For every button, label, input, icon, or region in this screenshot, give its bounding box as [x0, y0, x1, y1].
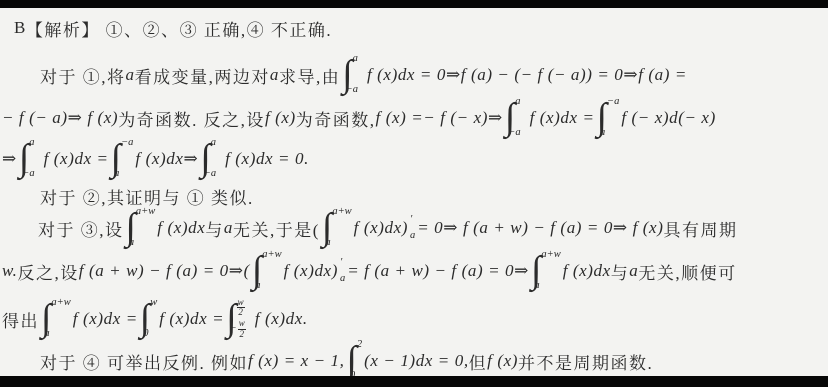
integral: ∫a−a [19, 138, 41, 180]
solution-text-block: B 【解析】 ①、②、③ 正确,④ 不正确.对于 ①,将 a 看成变量,两边对 … [0, 0, 828, 387]
integral-limits: a−a [352, 54, 364, 96]
integral: ∫−aa [597, 97, 619, 139]
text-run: 对于 ④ 可举出反例. 例如 [40, 349, 248, 374]
statement3-proof-line-2: w. 反之,设 f (a + w) − f (a) = 0⇒(∫a+waf (x… [2, 247, 737, 295]
math-run: f (x)dx) [284, 261, 338, 281]
math-run: w. [2, 261, 18, 281]
statement1-proof-line-1: 对于 ①,将 a 看成变量,两边对 a 求导,由∫a−af (x)dx = 0⇒… [40, 51, 687, 99]
integral-lower-limit: a [255, 281, 260, 292]
math-run: = 0⇒ f (a + w) − f (a) = 0⇒ f (x) [417, 218, 663, 238]
integral-lower-limit: −a [508, 128, 520, 139]
integral-limits: a+wa [50, 298, 69, 340]
text-run: 得出 [2, 307, 39, 332]
integral-lower-limit: a [600, 128, 605, 139]
text-run: 看成变量,两边对 [135, 63, 270, 88]
integral-upper-limit: a [29, 138, 34, 149]
subscript-variable: a [340, 274, 345, 285]
integral-upper-limit: a+w [51, 298, 70, 309]
integral: ∫w2−w2 [226, 298, 252, 340]
math-run: f (x)dx⇒ [135, 149, 198, 169]
bottom-scan-bar [0, 376, 828, 387]
math-run: f (x)dx [563, 261, 611, 281]
math-run: (x − 1)dx = 0, [364, 351, 469, 371]
math-run: f (x) =− f (− x)⇒ [376, 108, 503, 128]
text-run: 对于 ③,设 [38, 216, 124, 241]
integral-lower-limit: −a [22, 169, 34, 180]
prime-mark: ′ [410, 215, 415, 226]
document-page: B 【解析】 ①、②、③ 正确,④ 不正确.对于 ①,将 a 看成变量,两边对 … [0, 0, 828, 387]
integral-limits: a−a [28, 138, 40, 180]
text-run: 【解析】 ①、②、③ 正确,④ 不正确. [26, 16, 332, 41]
integral-upper-limit: a [515, 97, 520, 108]
math-run: a [629, 261, 638, 281]
math-run: f (x) [265, 108, 296, 128]
text-run: 无关,于是( [233, 216, 320, 241]
integral-upper-limit: a+w [262, 250, 281, 261]
integral-limits: a+wa [135, 207, 154, 249]
prime-and-subscript: ′a [340, 258, 345, 284]
text-run: 反之,设 [18, 259, 79, 284]
integral-upper-limit: a+w [541, 250, 560, 261]
integral-upper-limit: a [211, 138, 216, 149]
text-run: 具有周期 [663, 216, 737, 241]
math-run: f (x)dx = 0. [225, 149, 309, 169]
text-run: 对于 ①,将 [40, 63, 126, 88]
math-run: f (a + w) − f (a) = 0⇒( [79, 261, 250, 281]
integral-limits: a+wa [540, 250, 559, 292]
top-scan-bar [0, 0, 828, 8]
integral-limits: −aa [606, 97, 618, 139]
math-run: f (x)dx = [73, 309, 138, 329]
integral-upper-limit: −a [121, 138, 133, 149]
integral-upper-limit: a [353, 54, 358, 65]
integral-limits: a+wa [331, 207, 350, 249]
math-run: a [224, 218, 233, 238]
integral: ∫a+wa [126, 207, 155, 249]
text-run: 但 [469, 349, 488, 374]
math-run: ⇒ [2, 149, 17, 169]
solution-header-line: B 【解析】 ①、②、③ 正确,④ 不正确. [14, 4, 332, 52]
math-run: − f (− a)⇒ f (x) [2, 108, 118, 128]
integral-upper-limit: a+w [332, 207, 351, 218]
math-run: f (− x)d(− x) [621, 108, 715, 128]
integral-upper-limit: w [150, 298, 157, 309]
integral-limits: w0 [149, 298, 156, 340]
fraction-denominator: 2 [238, 308, 243, 317]
math-run: f (x) [487, 351, 518, 371]
integral-upper-limit: a+w [136, 207, 155, 218]
math-run: f (x)dx = 0⇒f (a) − (− f (− a)) = 0⇒f (a… [367, 65, 687, 85]
statement3-proof-line-1: 对于 ③,设∫a+waf (x)dx 与 a 无关,于是(∫a+waf (x)d… [38, 204, 737, 252]
math-run: f (x)dx = [44, 149, 109, 169]
subscript-variable: a [410, 231, 415, 242]
math-run: a [126, 65, 135, 85]
minus-sign: − [230, 324, 237, 335]
integral-limits: a+wa [261, 250, 280, 292]
text-run: 与 [205, 216, 224, 241]
integral: ∫a+wa [41, 298, 70, 340]
math-run: B [14, 18, 26, 38]
prime-mark: ′ [340, 258, 345, 269]
statement3-proof-line-3: 得出∫a+waf (x)dx =∫w0f (x)dx =∫w2−w2f (x)d… [2, 295, 308, 343]
text-run: 为奇函数, [296, 106, 376, 131]
integral: ∫a+wa [531, 250, 560, 292]
integral-limits: a−a [514, 97, 526, 139]
math-run: f (x)dx = [159, 309, 224, 329]
integral: ∫a−a [342, 54, 364, 96]
math-run: f (x) = x − 1, [248, 351, 344, 371]
integral-upper-limit: −a [607, 97, 619, 108]
text-run: 为奇函数. 反之,设 [118, 106, 265, 131]
text-run: 求导,由 [279, 63, 340, 88]
prime-and-subscript: ′a [410, 215, 415, 241]
fraction: w2 [237, 298, 245, 318]
integral-limits: w2−w2 [236, 298, 252, 340]
text-run: 并不是周期函数. [518, 349, 653, 374]
text-run: 无关,顺便可 [638, 259, 736, 284]
math-run: f (x)dx [157, 218, 205, 238]
integral: ∫a+wa [322, 207, 351, 249]
integral: ∫a+wa [252, 250, 281, 292]
math-run: f (x)dx) [354, 218, 408, 238]
math-run: a [270, 65, 279, 85]
integral: ∫a−a [505, 97, 527, 139]
integral-upper-limit: w2 [237, 298, 245, 318]
text-run: 与 [611, 259, 630, 284]
math-run: f (x)dx = [530, 108, 595, 128]
integral: ∫w0 [140, 298, 156, 340]
integral-upper-limit: 2 [357, 340, 362, 351]
integral-lower-limit: a [534, 281, 539, 292]
math-run: f (x)dx. [255, 309, 308, 329]
math-run: = f (a + w) − f (a) = 0⇒ [347, 261, 529, 281]
